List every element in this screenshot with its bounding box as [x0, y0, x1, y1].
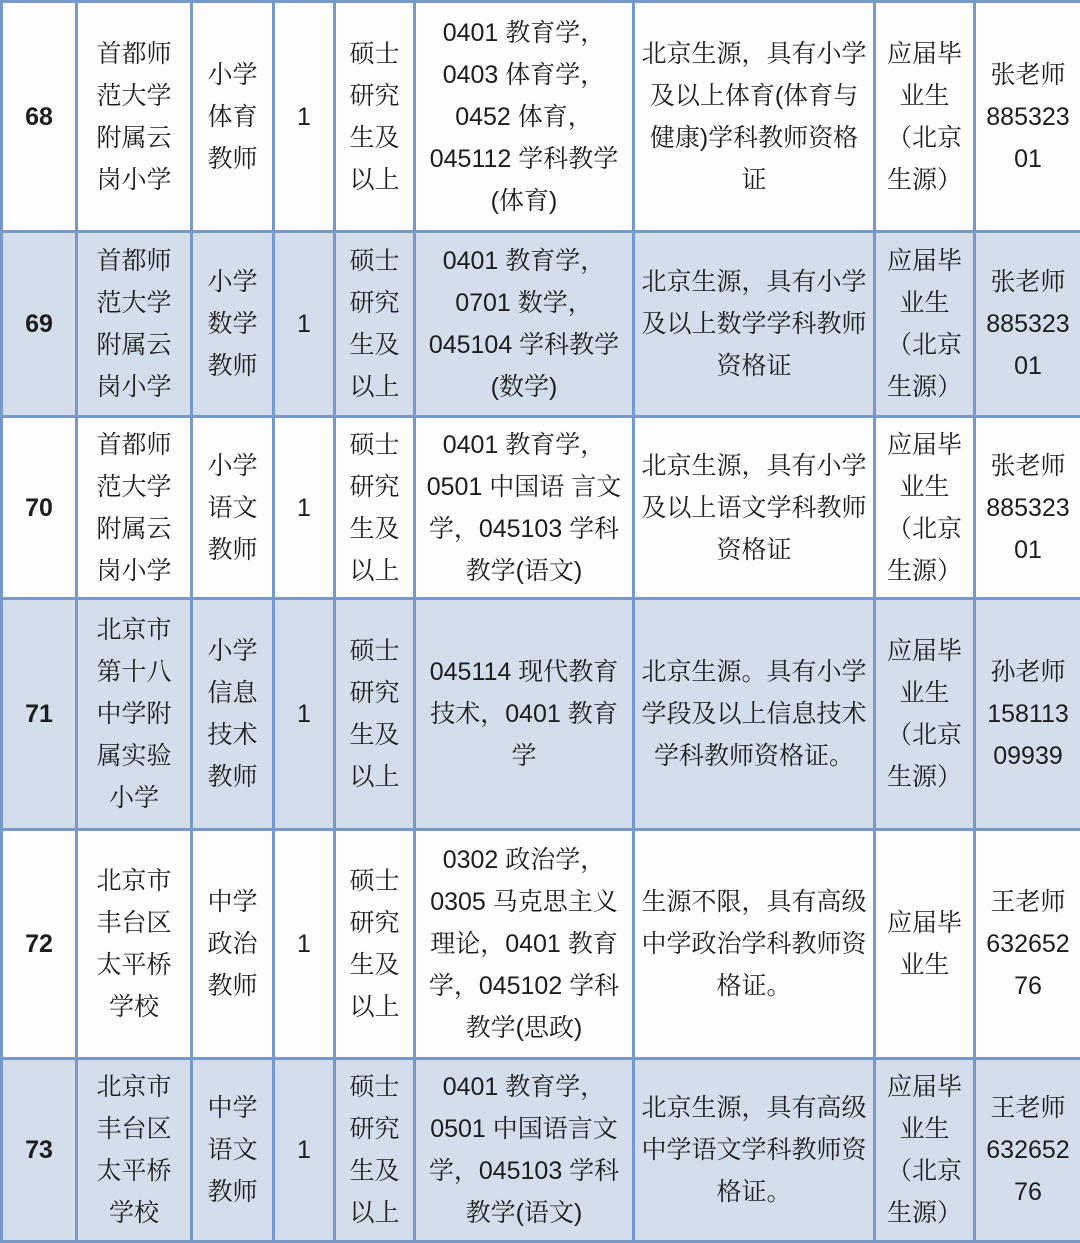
- contact-name: 张老师: [985, 261, 1071, 303]
- contact-name: 王老师: [985, 881, 1071, 923]
- cell-candidate-type: 应届毕业生（北京生源）: [875, 2, 975, 232]
- cell-requirements: 北京生源，具有小学及以上数学学科教师资格证: [634, 232, 875, 417]
- cell-contact: 王老师63265276: [975, 1059, 1080, 1242]
- table-row: 72北京市丰台区太平桥学校中学政治教师1硕士研究生及以上0302 政治学，030…: [2, 830, 1080, 1059]
- contact-name: 王老师: [985, 1087, 1071, 1129]
- cell-candidate-type: 应届毕业生（北京生源）: [875, 1059, 975, 1242]
- contact-phone: 63265276: [985, 923, 1071, 1007]
- cell-requirements: 北京生源，具有高级中学语文学科教师资格证。: [634, 1059, 875, 1242]
- cell-contact: 张老师88532301: [975, 2, 1080, 232]
- contact-phone: 15811309939: [985, 693, 1071, 777]
- table-row: 70首都师范大学附属云岗小学小学语文教师1硕士研究生及以上0401 教育学，05…: [2, 417, 1080, 599]
- table-row: 71北京市第十八中学附属实验小学小学信息技术教师1硕士研究生及以上045114 …: [2, 599, 1080, 830]
- recruitment-table-body: 68首都师范大学附属云岗小学小学体育教师1硕士研究生及以上0401 教育学，04…: [2, 2, 1080, 1242]
- cell-major-codes: 0401 教育学，0701 数学，045104 学科教学(数学): [415, 232, 634, 417]
- cell-row-number: 70: [2, 417, 77, 599]
- cell-position: 小学语文教师: [192, 417, 274, 599]
- cell-row-number: 69: [2, 232, 77, 417]
- cell-position: 中学语文教师: [192, 1059, 274, 1242]
- cell-education-requirement: 硕士研究生及以上: [335, 599, 415, 830]
- cell-requirements: 北京生源，具有小学及以上体育(体育与健康)学科教师资格证: [634, 2, 875, 232]
- cell-candidate-type: 应届毕业生（北京生源）: [875, 232, 975, 417]
- table-row: 69首都师范大学附属云岗小学小学数学教师1硕士研究生及以上0401 教育学，07…: [2, 232, 1080, 417]
- cell-row-number: 71: [2, 599, 77, 830]
- recruitment-table: 68首都师范大学附属云岗小学小学体育教师1硕士研究生及以上0401 教育学，04…: [0, 0, 1080, 1243]
- cell-contact: 孙老师15811309939: [975, 599, 1080, 830]
- cell-school-name: 首都师范大学附属云岗小学: [77, 232, 192, 417]
- cell-school-name: 首都师范大学附属云岗小学: [77, 417, 192, 599]
- cell-education-requirement: 硕士研究生及以上: [335, 2, 415, 232]
- cell-education-requirement: 硕士研究生及以上: [335, 1059, 415, 1242]
- contact-name: 张老师: [985, 54, 1071, 96]
- cell-candidate-type: 应届毕业生（北京生源）: [875, 417, 975, 599]
- cell-major-codes: 045114 现代教育技术，0401 教育学: [415, 599, 634, 830]
- cell-openings-count: 1: [274, 232, 335, 417]
- cell-position: 小学信息技术教师: [192, 599, 274, 830]
- contact-name: 孙老师: [985, 651, 1071, 693]
- cell-position: 中学政治教师: [192, 830, 274, 1059]
- cell-row-number: 68: [2, 2, 77, 232]
- cell-major-codes: 0302 政治学，0305 马克思主义理论，0401 教育学，045102 学科…: [415, 830, 634, 1059]
- contact-phone: 88532301: [985, 487, 1071, 571]
- cell-major-codes: 0401 教育学，0501 中国语 言文学，045103 学科教学(语文): [415, 417, 634, 599]
- cell-candidate-type: 应届毕业生: [875, 830, 975, 1059]
- cell-education-requirement: 硕士研究生及以上: [335, 417, 415, 599]
- cell-contact: 张老师88532301: [975, 232, 1080, 417]
- cell-school-name: 北京市第十八中学附属实验小学: [77, 599, 192, 830]
- cell-openings-count: 1: [274, 599, 335, 830]
- cell-requirements: 生源不限，具有高级中学政治学科教师资格证。: [634, 830, 875, 1059]
- cell-requirements: 北京生源。具有小学学段及以上信息技术学科教师资格证。: [634, 599, 875, 830]
- cell-school-name: 首都师范大学附属云岗小学: [77, 2, 192, 232]
- cell-openings-count: 1: [274, 830, 335, 1059]
- contact-phone: 63265276: [985, 1129, 1071, 1213]
- contact-phone: 88532301: [985, 303, 1071, 387]
- cell-school-name: 北京市丰台区太平桥学校: [77, 1059, 192, 1242]
- cell-education-requirement: 硕士研究生及以上: [335, 830, 415, 1059]
- cell-contact: 王老师63265276: [975, 830, 1080, 1059]
- cell-row-number: 73: [2, 1059, 77, 1242]
- cell-major-codes: 0401 教育学，0403 体育学，0452 体育，045112 学科教学(体育…: [415, 2, 634, 232]
- cell-major-codes: 0401 教育学，0501 中国语言文学，045103 学科教学(语文): [415, 1059, 634, 1242]
- contact-phone: 88532301: [985, 96, 1071, 180]
- cell-openings-count: 1: [274, 1059, 335, 1242]
- cell-contact: 张老师88532301: [975, 417, 1080, 599]
- table-row: 73北京市丰台区太平桥学校中学语文教师1硕士研究生及以上0401 教育学，050…: [2, 1059, 1080, 1242]
- table-row: 68首都师范大学附属云岗小学小学体育教师1硕士研究生及以上0401 教育学，04…: [2, 2, 1080, 232]
- cell-school-name: 北京市丰台区太平桥学校: [77, 830, 192, 1059]
- cell-position: 小学体育教师: [192, 2, 274, 232]
- cell-position: 小学数学教师: [192, 232, 274, 417]
- contact-name: 张老师: [985, 445, 1071, 487]
- cell-openings-count: 1: [274, 417, 335, 599]
- cell-candidate-type: 应届毕业生（北京生源）: [875, 599, 975, 830]
- cell-education-requirement: 硕士研究生及以上: [335, 232, 415, 417]
- cell-openings-count: 1: [274, 2, 335, 232]
- cell-row-number: 72: [2, 830, 77, 1059]
- cell-requirements: 北京生源，具有小学及以上语文学科教师资格证: [634, 417, 875, 599]
